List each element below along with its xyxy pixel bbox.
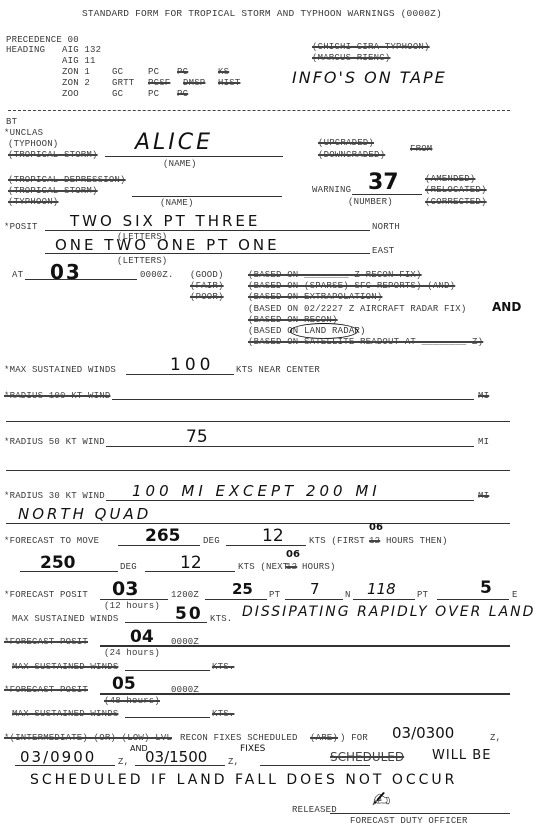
forecast12-n: N	[345, 590, 351, 600]
radius-50-value: 75	[186, 427, 208, 447]
radius-100-label: *RADIUS 100 KT WIND	[4, 391, 110, 401]
posit-north-value: TWO SIX PT THREE	[70, 212, 260, 230]
forecast12-winds-label: MAX SUSTAINED WINDS	[12, 614, 118, 624]
radius-50-label: *RADIUS 50 KT WIND	[4, 437, 105, 447]
radius-30-value-2: NORTH QUAD	[18, 505, 151, 523]
letters-label-2: (LETTERS)	[117, 256, 167, 266]
recon-line-3: SCHEDULED IF LAND FALL DOES NOT OCCUR	[30, 772, 457, 788]
forecast12-lat-dec: 7	[310, 580, 320, 598]
east-label: EAST	[372, 246, 394, 256]
deg-label-2: DEG	[120, 562, 137, 572]
hours-then: HOURS THEN)	[386, 536, 448, 546]
type-depression: (TROPICAL DEPRESSION)	[8, 175, 126, 185]
next-hours-old: 12	[286, 562, 297, 572]
recon-will-be: WILL BE	[432, 748, 491, 763]
recon-z-3: Z,	[228, 757, 239, 767]
upgraded: (UPGRADED)	[318, 138, 374, 148]
officer-label: FORECAST DUTY OFFICER	[350, 816, 468, 826]
distribution-chichi: (CHICHI-CIRA-TYPHOON)	[312, 42, 430, 52]
basis-extrapolation: (BASED ON EXTRAPOLATION)	[248, 292, 382, 302]
forecast24-label: *FORECAST POSIT	[4, 637, 88, 647]
aig-11: AIG 11	[62, 56, 96, 66]
basis-satellite: (BASED ON SATELLITE READOUT AT ________ …	[248, 337, 483, 347]
forecast12-kts: KTS.	[210, 614, 232, 624]
forecast12-pt-1: PT	[269, 590, 280, 600]
time-suffix: 0000Z.	[140, 270, 174, 280]
forecast24-hours: (24 hours)	[104, 648, 160, 658]
recon-struck-mid: (ARE)	[310, 733, 338, 743]
amended: (AMENDED)	[425, 174, 475, 184]
distribution-marcus: (MARCUS-RIENG)	[312, 53, 390, 63]
max-winds-suffix: KTS NEAR CENTER	[236, 365, 320, 375]
unclas: *UNCLAS	[4, 128, 43, 138]
basis-aircraft-radar: (BASED ON 02/2227 Z AIRCRAFT RADAR FIX)	[248, 304, 466, 314]
name2-label: (NAME)	[160, 198, 194, 208]
warning-number: 37	[368, 170, 399, 195]
move-kts-1: 12	[262, 526, 284, 546]
max-winds-value: 100	[170, 355, 214, 375]
forecast48-kts: KTS.	[212, 709, 234, 719]
max-winds-label: *MAX SUSTAINED WINDS	[4, 365, 116, 375]
forecast12-pt-2: PT	[417, 590, 428, 600]
forecast48-winds-label: MAX SUSTAINED WINDS	[12, 709, 118, 719]
forecast24-time: 0000Z	[171, 637, 199, 647]
bt: BT	[6, 117, 17, 127]
type-storm-2: (TROPICAL STORM)	[8, 186, 98, 196]
quality-good: (GOOD)	[190, 270, 224, 280]
warning-label: WARNING	[312, 185, 351, 195]
radius-50-suffix: MI	[478, 437, 489, 447]
forecast12-winds-value: 50	[175, 604, 203, 624]
move-deg-1: 265	[145, 526, 181, 546]
forecast48-day: 05	[112, 674, 136, 694]
recon-prefix: *(INTERMEDIATE) (OR) (LOW) LVL	[4, 733, 172, 743]
recon-scheduled-struck: SCHEDULED	[330, 750, 404, 764]
forecast48-time: 0000Z	[171, 685, 199, 695]
from: FROM	[410, 144, 432, 154]
radius-30-label: *RADIUS 30 KT WIND	[4, 491, 105, 501]
type-tropical-storm: (TROPICAL STORM)	[8, 150, 98, 160]
corrected: (CORRECTED)	[425, 197, 487, 207]
recon-time-3: 03/1500	[145, 748, 207, 766]
next-hours-new: 06	[286, 549, 300, 560]
separator	[8, 110, 510, 111]
forecast24-kts: KTS.	[212, 662, 234, 672]
name-label: (NAME)	[163, 159, 197, 169]
form-title: STANDARD FORM FOR TROPICAL STORM AND TYP…	[82, 8, 442, 19]
forecast12-label: *FORECAST POSIT	[4, 590, 88, 600]
move-deg-2: 250	[40, 553, 76, 573]
forecast12-lon-whole: 118	[367, 580, 396, 598]
recon-text: RECON FIXES SCHEDULED	[180, 733, 298, 743]
forecast48-label: *FORECAST POSIT	[4, 685, 88, 695]
basis-recon-fix: (BASED ON ________ Z RECON FIX)	[248, 270, 422, 280]
forecast12-lat-whole: 25	[232, 580, 253, 598]
first-hours-new: 06	[369, 522, 383, 533]
recon-z-2: Z,	[118, 757, 129, 767]
north-label: NORTH	[372, 222, 400, 232]
move-kts-2: 12	[180, 553, 202, 573]
recon-for: ) FOR	[340, 733, 368, 743]
precedence: PRECEDENCE 00	[6, 35, 79, 45]
forecast12-time: 1200Z	[171, 590, 199, 600]
posit-label: *POSIT	[4, 222, 38, 232]
distribution-note: INFO'S ON TAPE	[292, 68, 447, 87]
signature: ✍	[372, 788, 390, 813]
radius-100-suffix: MI	[478, 391, 489, 401]
type-typhoon: (TYPHOON)	[8, 139, 58, 149]
radius-30-value: 100 MI EXCEPT 200 MI	[132, 482, 381, 500]
forecast12-e: E	[512, 590, 518, 600]
forecast12-note: DISSIPATING RAPIDLY OVER LAND	[242, 604, 535, 620]
move-label: *FORECAST TO MOVE	[4, 536, 99, 546]
aig-132: AIG 132	[62, 45, 101, 55]
forecast24-winds-label: MAX SUSTAINED WINDS	[12, 662, 118, 672]
forecast24-day: 04	[130, 627, 154, 647]
basis-and-note: AND	[492, 300, 521, 314]
basis-sfc-reports: (BASED ON (SPARSE) SFC REPORTS) (AND)	[248, 281, 455, 291]
kts-first: KTS (FIRST	[309, 536, 365, 546]
type-typhoon-2: (TYPHOON)	[8, 197, 58, 207]
deg-label-1: DEG	[203, 536, 220, 546]
heading-label: HEADING	[6, 45, 45, 55]
recon-time-2: 03/0900	[20, 748, 96, 766]
hours-close: HOURS)	[302, 562, 336, 572]
storm-name: ALICE	[135, 130, 213, 155]
forecast48-hours: (48 hours)	[104, 696, 160, 706]
radius-30-suffix: MI	[478, 491, 489, 501]
at-value: 03	[50, 260, 82, 284]
quality-poor: (POOR)	[190, 292, 224, 302]
recon-fixes: FIXES	[240, 744, 265, 754]
posit-east-value: ONE TWO ONE PT ONE	[55, 236, 280, 254]
recon-time-1: 03/0300	[392, 724, 454, 742]
forecast12-hours: (12 hours)	[104, 601, 160, 611]
downgraded: (DOWNGRADED)	[318, 150, 385, 160]
recon-z-1: Z,	[490, 733, 501, 743]
relocated: (RELOCATED)	[425, 185, 487, 195]
kts-next: KTS (NEXT	[238, 562, 288, 572]
first-hours-old: 12	[369, 536, 380, 546]
number-label: (NUMBER)	[348, 197, 393, 207]
quality-fair: (FAIR)	[190, 281, 224, 291]
forecast12-day: 03	[112, 578, 138, 600]
at-label: AT	[12, 270, 23, 280]
forecast12-lon-dec: 5	[480, 578, 492, 598]
